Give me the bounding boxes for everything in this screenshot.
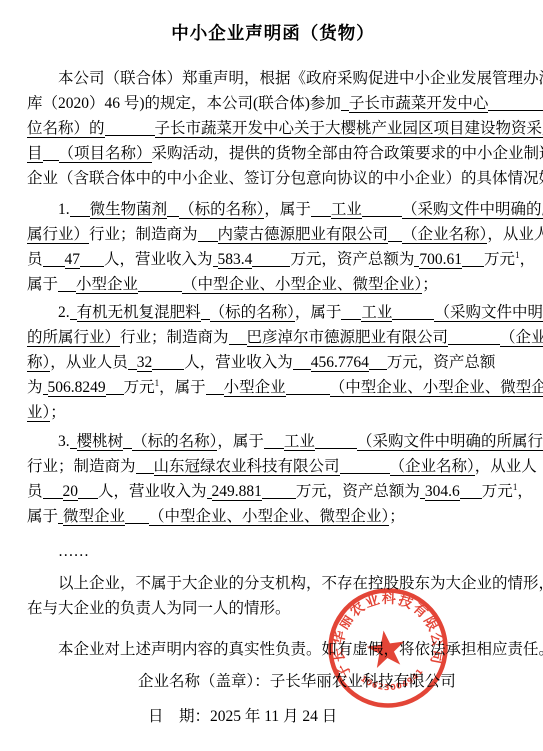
filled-field-text: 583.4: [218, 251, 253, 269]
text-segment: ，属于: [217, 433, 264, 450]
text-segment: 本企业对上述声明内容的真实性负责。如有虚假，将依法承担相应责任。: [58, 641, 543, 658]
declaration-document-page: 中小企业声明函（货物） 本公司（联合体）郑重声明，根据《政府采购促进中小企业发展…: [0, 0, 543, 751]
filled-field-text: （标的名称）: [179, 201, 264, 219]
underline-blank: [198, 227, 218, 242]
text-segment: 行业；制造商为: [120, 329, 229, 346]
text-line: 在与大企业的负责人为同一人的情形。: [27, 596, 519, 621]
text-segment: 在与大企业的负责人为同一人的情形。: [27, 600, 291, 617]
text-line: 为506.8249万元1，属于小型企业（中型企业、小型企业、微型企: [27, 375, 519, 400]
filled-field-text: 业）: [27, 404, 50, 422]
text-line: 企业（含联合体中的中小企业、签订分包意向协议的中小企业）的具体情况如下：: [27, 166, 519, 191]
underline-blank: [128, 355, 137, 370]
filled-field-text: 506.8249: [48, 379, 106, 397]
underline-blank: [58, 277, 76, 292]
filled-field-text: （标的名称）: [210, 304, 295, 322]
text-line: 称），从业人员32人，营业收入为456.7764万元，资产总额: [27, 350, 519, 375]
filled-field-text: 子长市蔬菜开发中心: [349, 95, 489, 113]
filled-field-text: 工业: [361, 304, 392, 322]
filled-field-text: （中型企业、小型企业、微型企业）: [182, 276, 422, 294]
filled-field-text: 47: [65, 251, 81, 269]
text-segment: ，从业人: [475, 458, 537, 475]
underline-blank: [106, 380, 124, 395]
underline-blank: [229, 330, 247, 345]
filled-field-text: 称）: [27, 354, 50, 372]
text-line: 库（2020）46 号)的规定，本公司(联合体)参加子长市蔬菜开发中心（单: [27, 91, 519, 116]
document-title: 中小企业声明函（货物）: [27, 20, 519, 45]
text-segment: 万元，资产总额: [387, 354, 496, 371]
underline-blank: [152, 355, 184, 370]
text-segment: 员: [27, 483, 43, 500]
underline-blank: [315, 434, 357, 449]
underline-blank: [341, 305, 361, 320]
filled-field-text: 巴彦淖尔市德源肥业有限公司: [247, 329, 449, 347]
text-segment: 属于: [27, 508, 58, 525]
filled-field-text: 304.6: [425, 483, 460, 501]
text-line: 属于微型企业（中型企业、小型企业、微型企业）；: [27, 504, 519, 529]
underline-blank: [252, 252, 290, 267]
underline-blank: [362, 202, 402, 217]
filled-field-text: （采购文件中明确的所: [402, 201, 543, 219]
filled-field-text: 456.7764: [311, 354, 369, 372]
underline-blank: [262, 484, 296, 499]
item-1: 1.微生物菌剂（标的名称），属于工业（采购文件中明确的所属行业）行业；制造商为内…: [27, 197, 519, 297]
filled-field-text: 700.61: [419, 251, 462, 269]
text-line: 2.有机无机复混肥料（标的名称），属于工业（采购文件中明确: [27, 300, 519, 325]
text-line: 属于小型企业（中型企业、小型企业、微型企业）；: [27, 272, 519, 297]
underline-blank: [105, 121, 155, 136]
document-body: 本公司（联合体）郑重声明，根据《政府采购促进中小企业发展管理办法》（财库（202…: [27, 66, 519, 662]
underline-blank: [213, 252, 218, 267]
filled-field-text: 位名称）的: [27, 120, 105, 138]
filled-field-text: 工业: [331, 201, 362, 219]
underline-blank: [207, 484, 212, 499]
filled-field-text: （企业名称）: [390, 458, 475, 476]
underline-blank: [43, 252, 65, 267]
filled-field-text: 目: [27, 145, 43, 163]
underline-blank: [460, 484, 482, 499]
text-line: 员20人，营业收入为249.881万元，资产总额为304.6万元1，: [27, 479, 519, 504]
underline-blank: [201, 305, 210, 320]
filled-field-text: 249.881: [212, 483, 262, 501]
filled-field-text: （项目名称）: [59, 145, 152, 163]
text-segment: 企业（含联合体中的中小企业、签订分包意向协议的中小企业）的具体情况如下：: [27, 170, 543, 187]
text-segment: 1.: [58, 201, 70, 218]
text-segment: ，: [520, 251, 536, 268]
text-segment: ……: [58, 543, 89, 560]
text-line: 1.微生物菌剂（标的名称），属于工业（采购文件中明确的所: [27, 197, 519, 222]
filled-field-text: （采购文件中明确: [434, 304, 543, 322]
filled-field-text: （采购文件中明确的所属行业）: [357, 433, 543, 451]
text-line: 3.樱桃树（标的名称），属于工业（采购文件中明确的所属行业）: [27, 429, 519, 454]
closing-paragraph-2: 本企业对上述声明内容的真实性负责。如有虚假，将依法承担相应责任。: [27, 637, 519, 662]
underline-blank: [167, 202, 179, 217]
text-line: 本企业对上述声明内容的真实性负责。如有虚假，将依法承担相应责任。: [27, 637, 519, 662]
text-segment: 行业；制造商为: [89, 226, 198, 243]
date-line: 日 期：2025 年 11 月 24 日: [27, 704, 519, 729]
filled-field-text: 子长市蔬菜开发中心关于大樱桃产业园区项目建设物资采购项: [155, 120, 543, 138]
text-segment: 库（2020）46 号)的规定，本公司(联合体)参加: [27, 95, 341, 112]
text-segment: 万元，资产总额为: [296, 483, 420, 500]
text-segment: 2.: [58, 304, 70, 321]
underline-blank: [70, 434, 77, 449]
underline-blank: [78, 484, 98, 499]
intro-paragraph: 本公司（联合体）郑重声明，根据《政府采购促进中小企业发展管理办法》（财库（202…: [27, 66, 519, 191]
item-3: 3.樱桃树（标的名称），属于工业（采购文件中明确的所属行业）行业；制造商为山东冠…: [27, 429, 519, 529]
underline-blank: [311, 202, 331, 217]
document-content: 中小企业声明函（货物） 本公司（联合体）郑重声明，根据《政府采购促进中小企业发展…: [27, 12, 519, 729]
text-segment: 3.: [58, 433, 70, 450]
text-segment: 万元: [484, 251, 515, 268]
underline-blank: [448, 330, 500, 345]
text-segment: ；: [422, 276, 438, 293]
underline-blank: [340, 459, 390, 474]
filled-field-text: 属行业）: [27, 226, 89, 244]
filled-field-text: 内蒙古德源肥业有限公司: [218, 226, 389, 244]
underline-blank: [264, 434, 284, 449]
text-line: ……: [27, 539, 519, 564]
text-segment: 万元: [482, 483, 513, 500]
filled-field-text: （中型企业、小型企业、微型企业）: [149, 508, 389, 526]
text-segment: 人，营业收入为: [184, 354, 293, 371]
text-segment: 人，营业收入为: [104, 251, 213, 268]
filled-field-text: （企业名: [500, 329, 543, 347]
filled-field-text: 微型企业: [63, 508, 125, 526]
filled-field-text: 小型企业: [224, 379, 286, 397]
underline-blank: [123, 434, 132, 449]
text-segment: 员: [27, 251, 43, 268]
text-line: 行业；制造商为山东冠绿农业科技有限公司（企业名称），从业人: [27, 454, 519, 479]
text-segment: ，从业人: [487, 226, 543, 243]
text-segment: 行业；制造商为: [27, 458, 136, 475]
text-segment: ；: [389, 508, 405, 525]
underline-blank: [488, 96, 543, 111]
text-segment: 以上企业，不属于大企业的分支机构，不存在控股股东为大企业的情形，也不存: [58, 575, 543, 592]
filled-field-text: 山东冠绿农业科技有限公司: [154, 458, 340, 476]
filled-field-text: （企业名称）: [402, 226, 487, 244]
filled-field-text: 樱桃树: [77, 433, 124, 451]
filled-field-text: 有机无机复混肥料: [77, 304, 201, 322]
item-2: 2.有机无机复混肥料（标的名称），属于工业（采购文件中明确的所属行业）行业；制造…: [27, 300, 519, 425]
underline-blank: [136, 459, 154, 474]
underline-blank: [80, 252, 104, 267]
underline-blank: [70, 305, 77, 320]
filled-field-text: 20: [63, 483, 79, 501]
text-line: 的所属行业）行业；制造商为巴彦淖尔市德源肥业有限公司（企业名: [27, 325, 519, 350]
filled-field-text: 工业: [284, 433, 315, 451]
text-segment: 万元: [124, 379, 155, 396]
underline-blank: [286, 380, 330, 395]
text-segment: ；: [50, 404, 66, 421]
text-line: 位名称）的子长市蔬菜开发中心关于大樱桃产业园区项目建设物资采购项: [27, 116, 519, 141]
underline-blank: [125, 509, 149, 524]
underline-blank: [462, 252, 484, 267]
ellipsis-paragraph: ……: [27, 539, 519, 564]
underline-blank: [388, 227, 402, 242]
text-segment: 为: [27, 379, 43, 396]
text-segment: 属于: [27, 276, 58, 293]
underline-blank: [70, 202, 90, 217]
text-segment: ，: [517, 483, 533, 500]
filled-field-text: 的所属行业）: [27, 329, 120, 347]
underline-blank: [206, 380, 224, 395]
text-line: 属行业）行业；制造商为内蒙古德源肥业有限公司（企业名称），从业人: [27, 222, 519, 247]
underline-blank: [43, 380, 48, 395]
text-line: 本公司（联合体）郑重声明，根据《政府采购促进中小企业发展管理办法》（财: [27, 66, 519, 91]
underline-blank: [293, 355, 311, 370]
filled-field-text: 小型企业: [76, 276, 138, 294]
underline-blank: [43, 484, 63, 499]
filled-field-text: （中型企业、小型企业、微型企: [330, 379, 543, 397]
underline-blank: [138, 277, 182, 292]
text-segment: 采购活动，提供的货物全部由符合政策要求的中小企业制造。相关: [152, 145, 543, 162]
text-segment: ，从业人员: [50, 354, 128, 371]
text-segment: 万元，资产总额为: [290, 251, 414, 268]
text-segment: ，属于: [264, 201, 311, 218]
filled-field-text: 32: [137, 354, 153, 372]
underline-blank: [43, 146, 59, 161]
text-segment: 人，营业收入为: [98, 483, 207, 500]
text-line: 员47人，营业收入为583.4万元，资产总额为700.61万元1，: [27, 247, 519, 272]
underline-blank: [392, 305, 434, 320]
filled-field-text: 微生物菌剂: [90, 201, 168, 219]
text-line: 业）；: [27, 400, 519, 425]
text-segment: ，属于: [159, 379, 206, 396]
text-line: 目（项目名称）采购活动，提供的货物全部由符合政策要求的中小企业制造。相关: [27, 141, 519, 166]
closing-paragraph-1: 以上企业，不属于大企业的分支机构，不存在控股股东为大企业的情形，也不存在与大企业…: [27, 571, 519, 621]
text-line: 以上企业，不属于大企业的分支机构，不存在控股股东为大企业的情形，也不存: [27, 571, 519, 596]
text-segment: 本公司（联合体）郑重声明，根据《政府采购促进中小企业发展管理办法》（财: [58, 70, 543, 87]
underline-blank: [369, 355, 387, 370]
filled-field-text: （标的名称）: [132, 433, 217, 451]
company-signature-line: 企业名称（盖章）：子长华丽农业科技有限公司: [27, 669, 519, 694]
underline-blank: [341, 96, 349, 111]
text-segment: ，属于: [295, 304, 342, 321]
